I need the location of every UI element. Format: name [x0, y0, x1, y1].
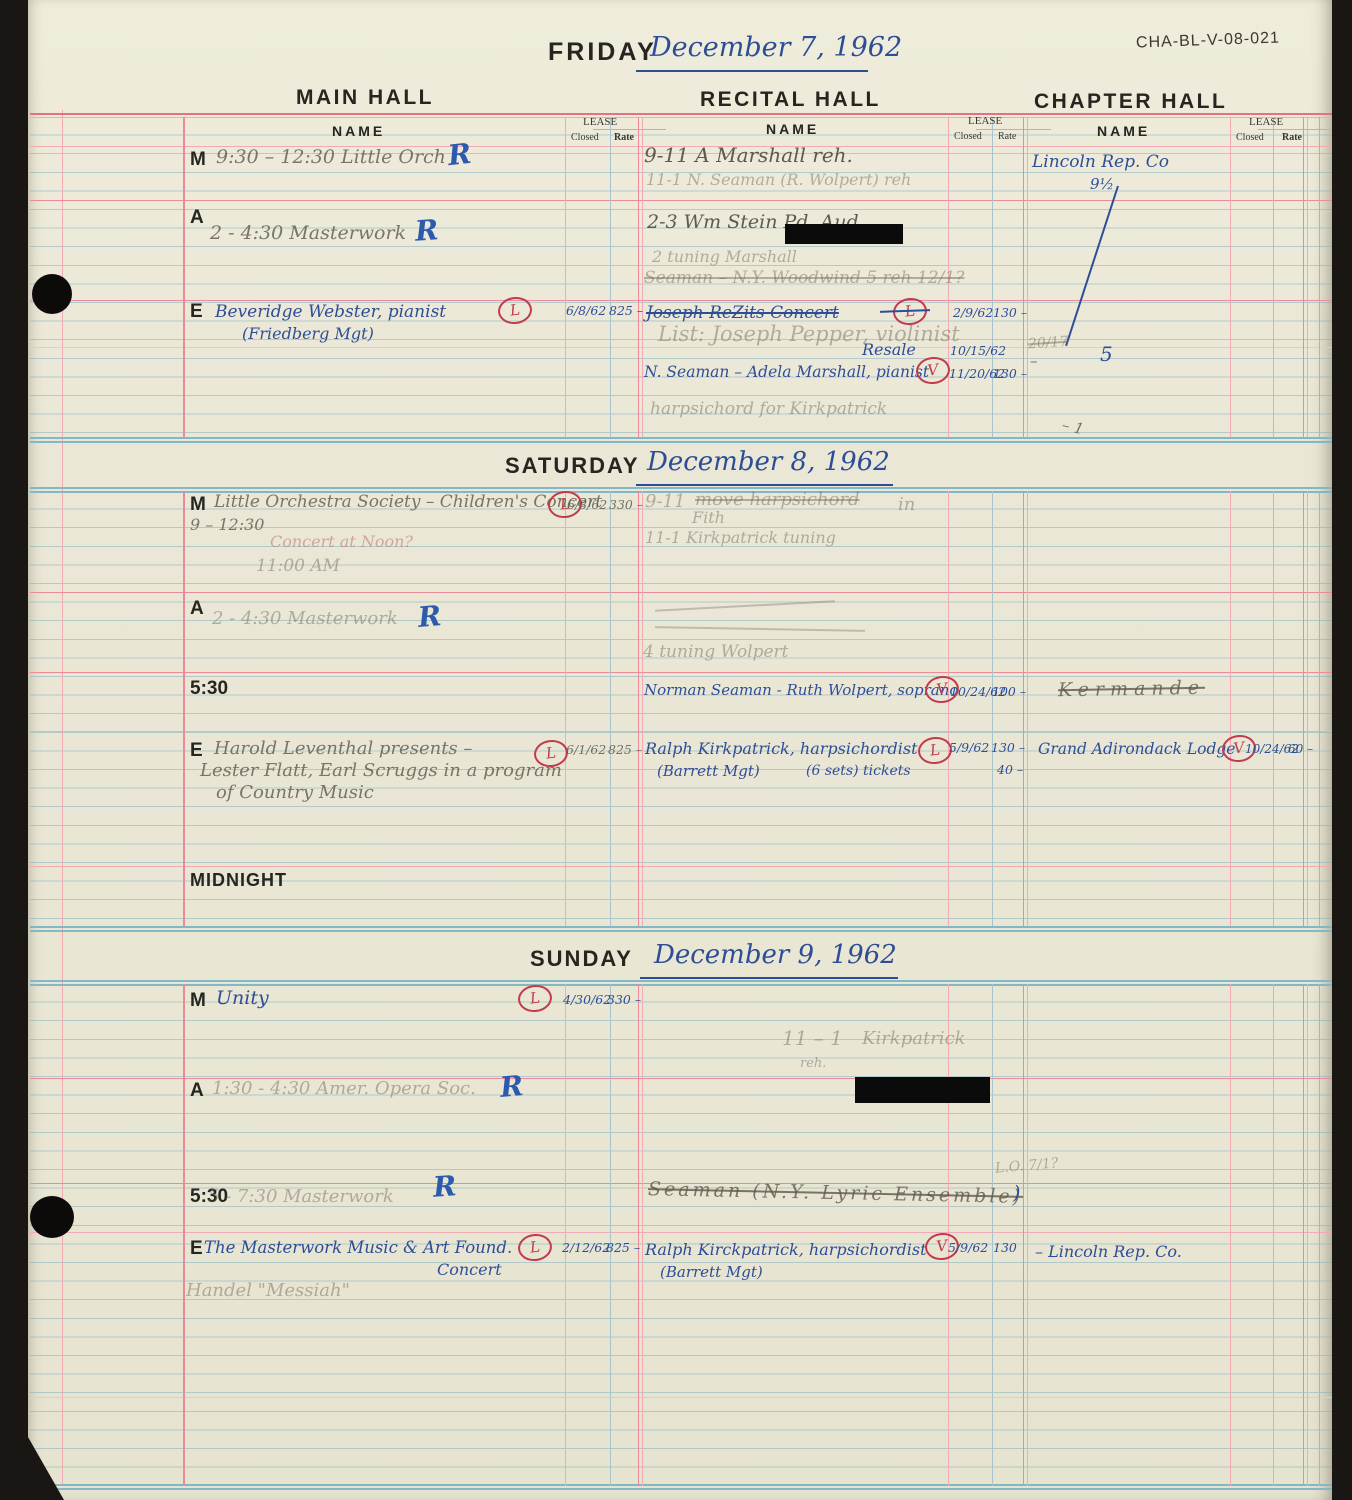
sunday-recital-t-note: L.O. 7/1? — [994, 1155, 1058, 1176]
sunday-main-e1: The Masterwork Music & Art Found. — [204, 1238, 512, 1257]
row-label-evening: E — [190, 1238, 203, 1260]
lease-seal: L — [516, 1232, 553, 1263]
date-sunday: December 9, 1962 — [654, 940, 897, 970]
sunday-main-a-mark: R — [499, 1069, 525, 1104]
sunday-recital-e-rate: 130 — [993, 1240, 1017, 1255]
sunday-main-e-closed: 2/12/62 — [562, 1240, 610, 1255]
sunday-recital-e2: (Barrett Mgt) — [660, 1263, 763, 1281]
punch-hole-top — [32, 274, 72, 314]
sunday-recital-t-paren: ) — [1013, 1182, 1020, 1204]
day-label-sunday: SUNDAY — [530, 946, 633, 972]
row-label-afternoon: A — [190, 1080, 204, 1102]
sunday-main-e3: Handel "Messiah" — [186, 1280, 350, 1301]
sunday-recital-e-closed: 5/9/62 — [948, 1240, 988, 1255]
sunday-recital-e1: Ralph Kirckpatrick, harpsichordist — [645, 1240, 927, 1259]
redaction-box — [855, 1077, 990, 1103]
sunday-recital-m3: reh. — [800, 1056, 826, 1071]
page-corner-shadow — [28, 1437, 64, 1500]
scanned-ledger-photo: FRIDAY December 7, 1962 CHA-BL-V-08-021 … — [0, 0, 1352, 1500]
sunday-main-t-entry: 5 - 7:30 Masterwork — [208, 1186, 394, 1207]
sunday-main-m-closed: 4/30/62 — [563, 992, 611, 1007]
sunday-main-e-rate: 825 – — [606, 1240, 640, 1255]
sunday-section: SUNDAY December 9, 1962 M Unity L 4/30/6… — [0, 0, 1352, 1500]
sunday-main-t-mark: R — [432, 1169, 458, 1204]
sunday-main-e2: Concert — [437, 1260, 502, 1279]
date-underline — [640, 977, 898, 979]
sunday-recital-m1: 11 – 1 — [782, 1026, 843, 1050]
sunday-main-a-entry: 1:30 - 4:30 Amer. Opera Soc. — [212, 1078, 476, 1099]
lease-seal: L — [516, 983, 553, 1014]
sunday-recital-m2: Kirkpatrick — [862, 1028, 966, 1049]
row-label-morning: M — [190, 990, 206, 1012]
punch-hole-bottom — [30, 1196, 74, 1238]
sunday-chapter-e1: – Lincoln Rep. Co. — [1035, 1242, 1182, 1261]
sunday-recital-t-struck: Seaman (N.Y. Lyric Ensemble) — [648, 1178, 1024, 1208]
sunday-main-m1: Unity — [216, 987, 269, 1009]
sunday-main-m-rate: 330 – — [607, 992, 641, 1007]
